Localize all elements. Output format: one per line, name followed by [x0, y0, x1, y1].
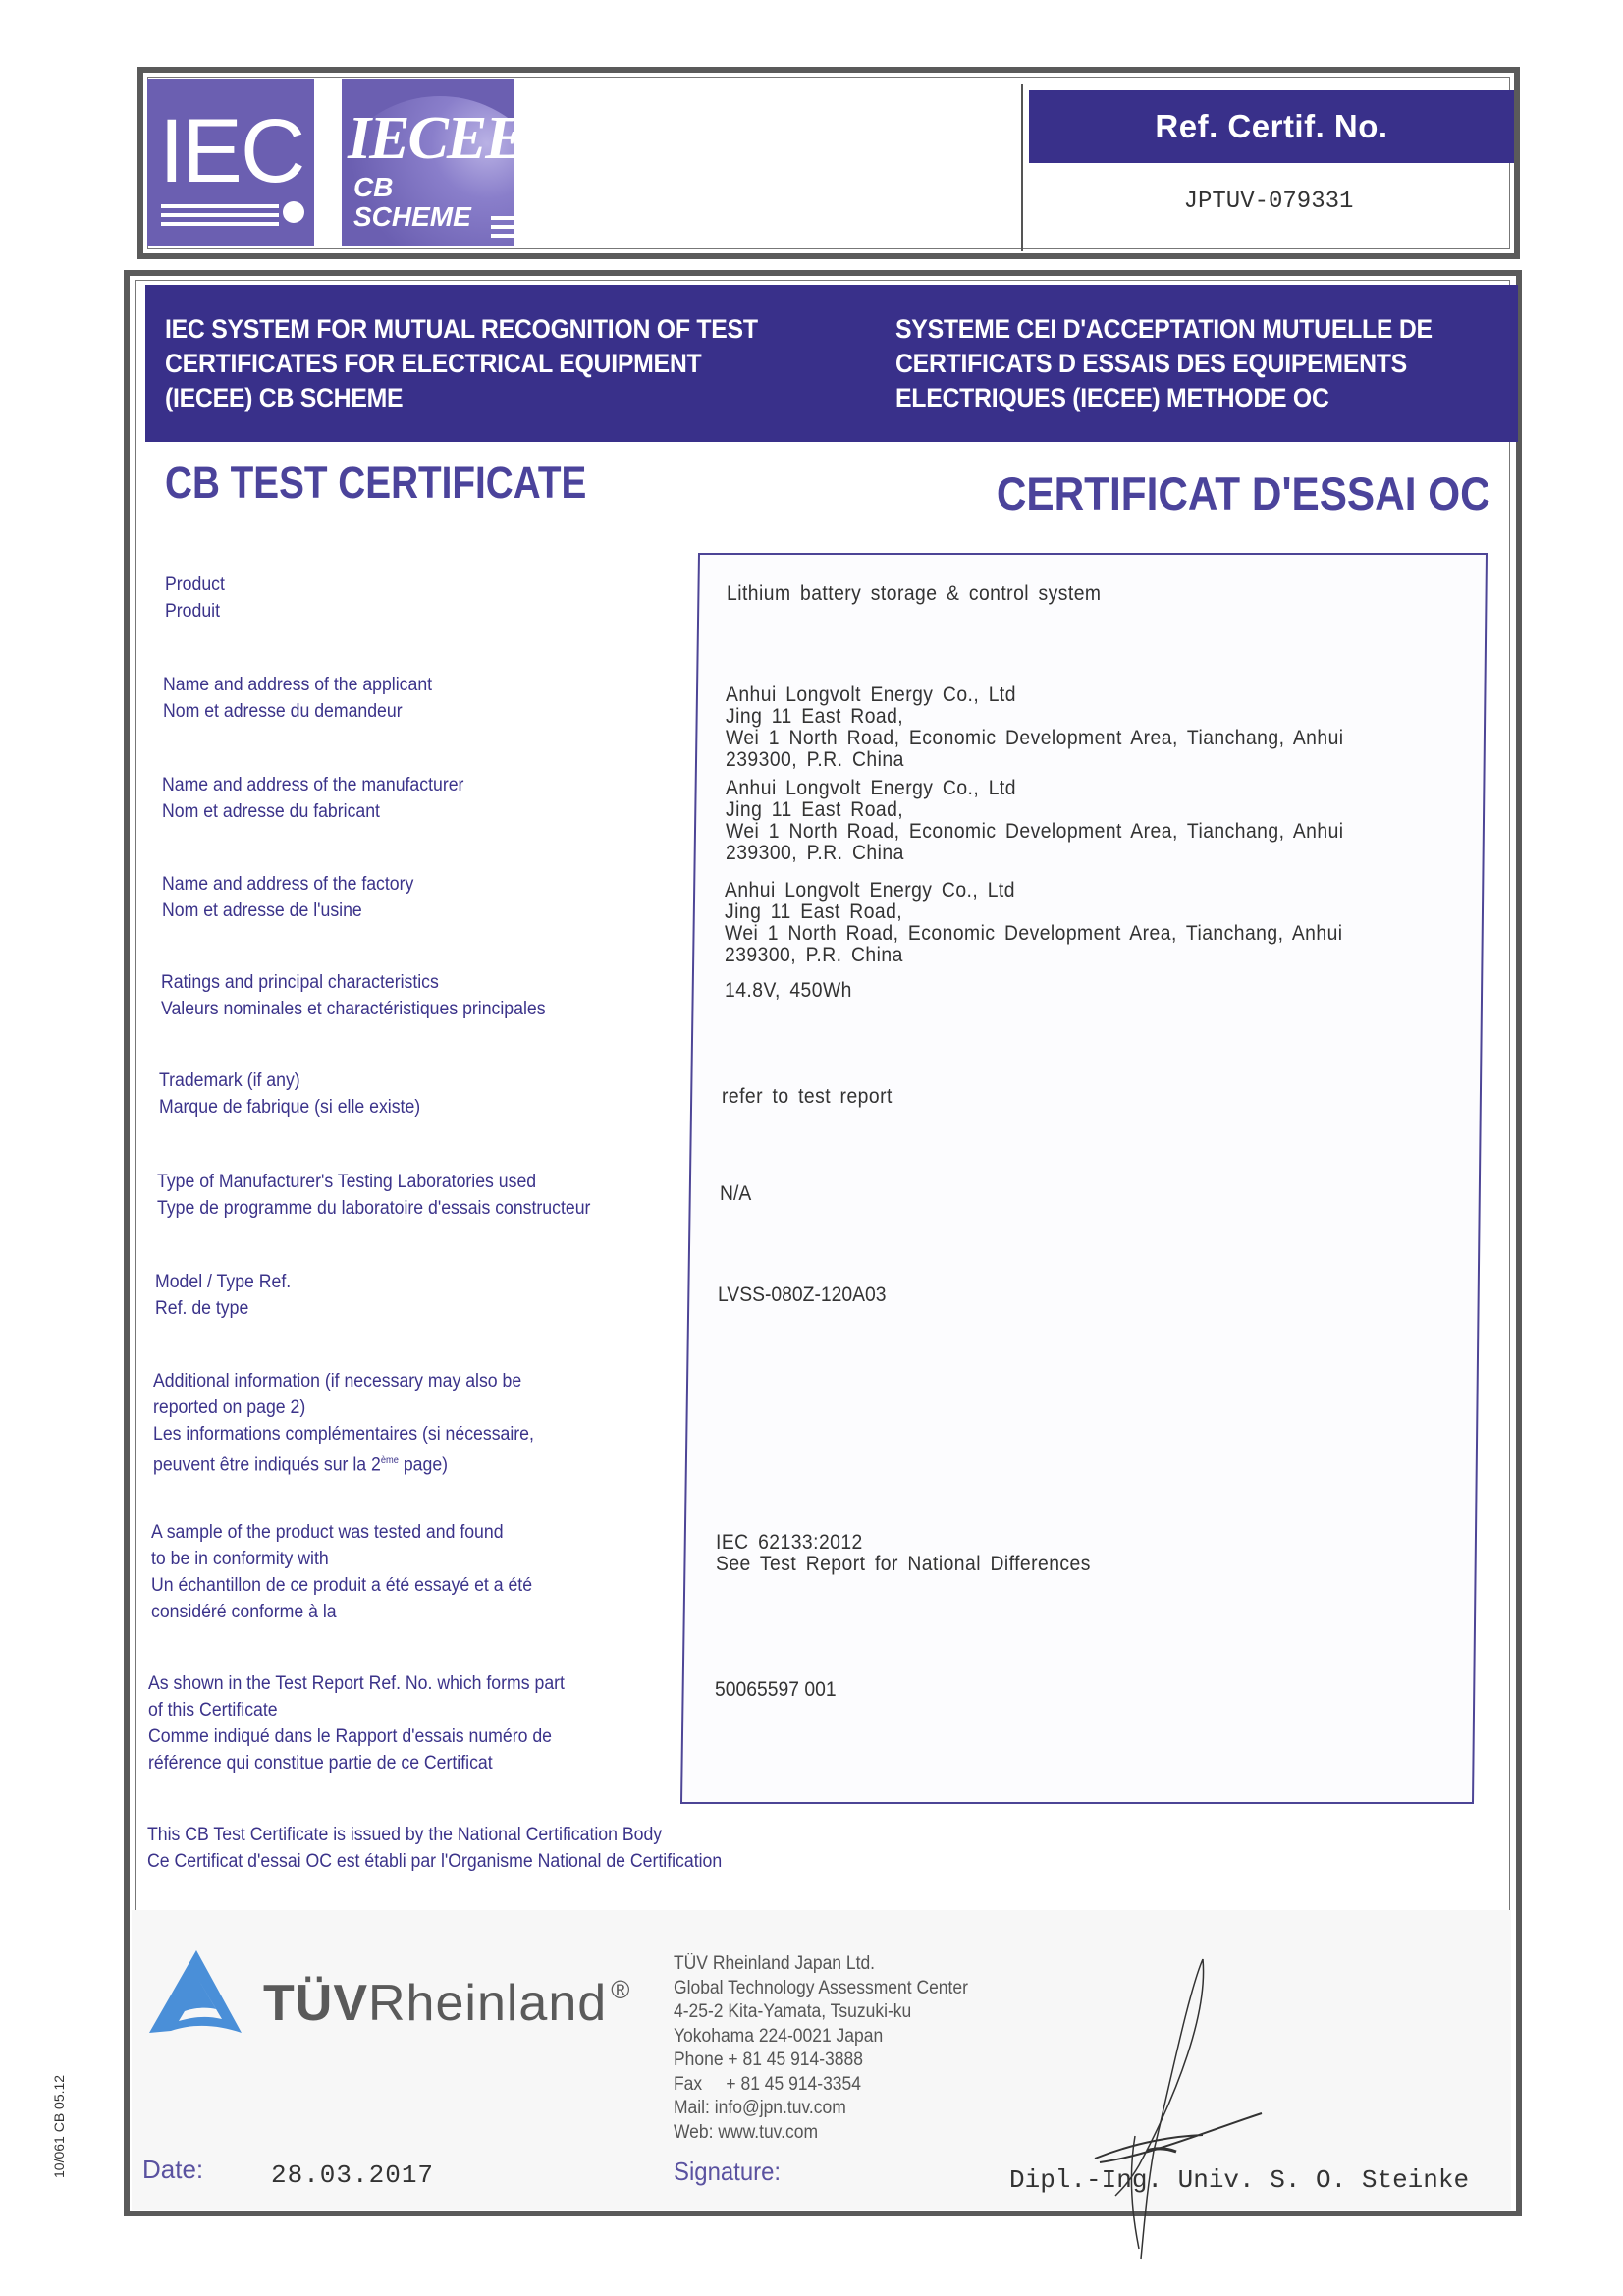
issued-by-statement: This CB Test Certificate is issued by th… — [147, 1822, 722, 1875]
ref-certif-label: Ref. Certif. No. — [1029, 90, 1514, 163]
label-additional-info: Additional information (if necessary may… — [153, 1368, 534, 1478]
tuv-rheinland-wordmark: TÜVRheinland® — [263, 1974, 630, 2033]
issuer-address: TÜV Rheinland Japan Ltd. Global Technolo… — [674, 1952, 968, 2145]
value-testing-lab: N/A — [720, 1183, 751, 1205]
value-report-ref: 50065597 001 — [715, 1679, 837, 1701]
value-ratings: 14.8V, 450Wh — [725, 980, 852, 1002]
issue-date: 28.03.2017 — [271, 2160, 434, 2190]
label-factory: Name and address of the factoryNom et ad… — [162, 871, 413, 924]
label-trademark: Trademark (if any)Marque de fabrique (si… — [159, 1067, 420, 1121]
certificate-title-en: CB TEST CERTIFICATE — [165, 458, 586, 509]
label-report-ref: As shown in the Test Report Ref. No. whi… — [148, 1670, 565, 1777]
ref-certificate-box: Ref. Certif. No. JPTUV-079331 — [1021, 84, 1514, 251]
scheme-title-en: IEC SYSTEM FOR MUTUAL RECOGNITION OF TES… — [165, 312, 758, 415]
scheme-title-fr: SYSTEME CEI D'ACCEPTATION MUTUELLE DECER… — [895, 312, 1433, 415]
value-conformity: IEC 62133:2012See Test Report for Nation… — [716, 1532, 1091, 1575]
certificate-title-fr: CERTIFICAT D'ESSAI OC — [997, 466, 1490, 520]
value-applicant: Anhui Longvolt Energy Co., LtdJing 11 Ea… — [726, 684, 1344, 771]
value-factory: Anhui Longvolt Energy Co., LtdJing 11 Ea… — [725, 880, 1343, 966]
iecee-cb-scheme-logo: IECEE CB SCHEME — [342, 79, 514, 246]
label-conformity: A sample of the product was tested and f… — [151, 1519, 532, 1625]
date-label: Date: — [142, 2155, 203, 2185]
label-applicant: Name and address of the applicantNom et … — [163, 672, 432, 725]
scheme-banner: IEC SYSTEM FOR MUTUAL RECOGNITION OF TES… — [145, 285, 1518, 442]
value-trademark: refer to test report — [722, 1086, 893, 1108]
ref-certif-number: JPTUV-079331 — [1023, 189, 1514, 215]
form-code: 10/061 CB 05.12 — [51, 2075, 67, 2178]
value-model: LVSS-080Z-120A03 — [718, 1285, 886, 1306]
value-product: Lithium battery storage & control system — [727, 583, 1101, 605]
label-model: Model / Type Ref.Ref. de type — [155, 1269, 291, 1322]
value-manufacturer: Anhui Longvolt Energy Co., LtdJing 11 Ea… — [726, 778, 1344, 864]
label-testing-lab: Type of Manufacturer's Testing Laborator… — [157, 1169, 590, 1222]
signature-label: Signature: — [674, 2157, 781, 2187]
label-product: ProductProduit — [165, 572, 225, 625]
label-ratings: Ratings and principal characteristicsVal… — [161, 969, 546, 1022]
label-manufacturer: Name and address of the manufacturerNom … — [162, 772, 463, 825]
signer-name: Dipl.-Ing. Univ. S. O. Steinke — [1009, 2165, 1469, 2195]
handwritten-signature — [1060, 1954, 1276, 2269]
tuv-triangle-logo-icon — [145, 1946, 253, 2045]
iec-logo: IEC — [147, 79, 314, 246]
